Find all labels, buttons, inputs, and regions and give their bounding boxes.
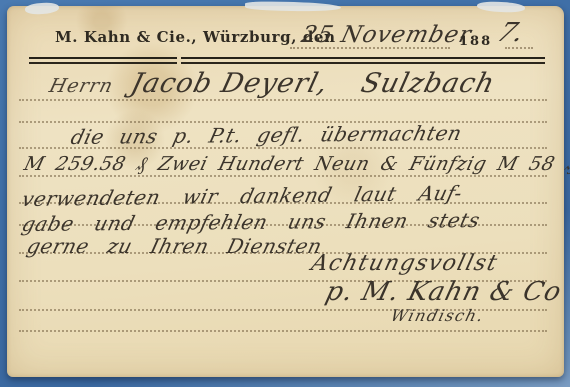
postcard: M. Kahn & Cie., Würzburg, den 25 Novembe… [7, 6, 564, 377]
clerk-signature: Windisch. [389, 308, 486, 324]
top-edge-damage [477, 1, 525, 13]
ruled-line [19, 175, 547, 177]
body-line: gerne zu Ihren Diensten [25, 236, 324, 256]
body-line: verwendeten wir dankend laut Auf- [20, 183, 464, 209]
company-signature: p. M. Kahn & Co [323, 279, 564, 305]
handwritten-date: 25 November [299, 24, 474, 47]
double-rule [29, 57, 177, 64]
addressee-name: Jacob Deyerl, [128, 68, 332, 99]
printed-company-line: M. Kahn & Cie., Würzburg, den [55, 28, 336, 46]
addressee-place: Sulzbach [358, 68, 498, 99]
handwritten-year-digit: 7. [493, 20, 529, 46]
ruled-line [19, 99, 547, 101]
ruled-line [19, 330, 547, 332]
addressee-line: HerrnJacob Deyerl,Sulzbach [47, 70, 498, 97]
valediction: Achtungsvollst [309, 253, 500, 275]
body-line-amount: M 259.58 ₰ Zwei Hundert Neun & Fünfzig M… [22, 155, 570, 174]
body-line: die uns p. P.t. gefl. übermachten [69, 123, 464, 147]
printed-year-prefix: 188 [459, 34, 492, 49]
double-rule [181, 57, 545, 64]
top-edge-damage [245, 1, 341, 12]
scan-background: M. Kahn & Cie., Würzburg, den 25 Novembe… [0, 0, 570, 387]
top-edge-damage [25, 2, 60, 15]
body-line: gabe und empfehlen uns Ihnen stets [20, 210, 482, 234]
addressee-salutation: Herrn [47, 75, 116, 97]
